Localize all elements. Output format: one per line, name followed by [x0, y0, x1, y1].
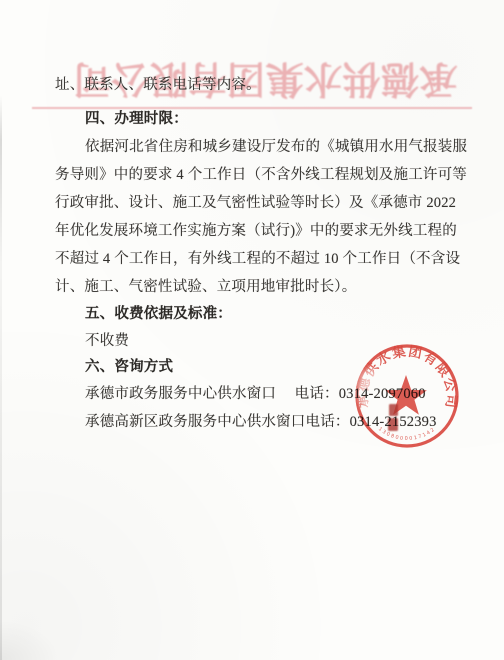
document-line: 不超过 4 个工作日，有外线工程的不超过 10 个工作日（不含设 [55, 251, 460, 267]
document-line: 计、施工、气密性试验、立项用地审批时长）。 [55, 279, 356, 295]
scan-corner-shade [0, 620, 60, 660]
scanned-document-page: 承德供水集团有限公司 址、联系人、联系电话等内容。 四、办理时限： 依据河北省住… [0, 0, 504, 660]
document-line: 依据河北省住房和城乡建设厅发布的《城镇用水用气报装服 [85, 139, 467, 155]
document-line: 不收费 [85, 333, 129, 349]
bleedthrough-red-rule [32, 107, 472, 109]
section-heading: 五、收费依据及标准： [85, 306, 232, 322]
seal-ink-smudge [388, 404, 398, 431]
document-line: 年优化发展环境工作实施方案（试行)》中的要求无外线工程的 [55, 223, 457, 239]
section-heading: 六、咨询方式 [85, 359, 173, 375]
seal-graphic: 承德供水集团有限公司 1308000017142 [351, 340, 463, 452]
scan-edge-shadow [0, 95, 2, 660]
document-line: 址、联系人、联系电话等内容。 [55, 77, 261, 93]
document-line: 务导则》中的要求 4 个工作日（不含外线工程规划及施工许可等 [55, 167, 467, 183]
document-line: 行政审批、设计、施工及气密性试验等时长）及《承德市 2022 [55, 195, 456, 211]
section-heading: 四、办理时限： [85, 111, 188, 127]
seal-fade-overlay [357, 369, 383, 411]
company-seal-stamp: 承德供水集团有限公司 1308000017142 [351, 340, 463, 452]
